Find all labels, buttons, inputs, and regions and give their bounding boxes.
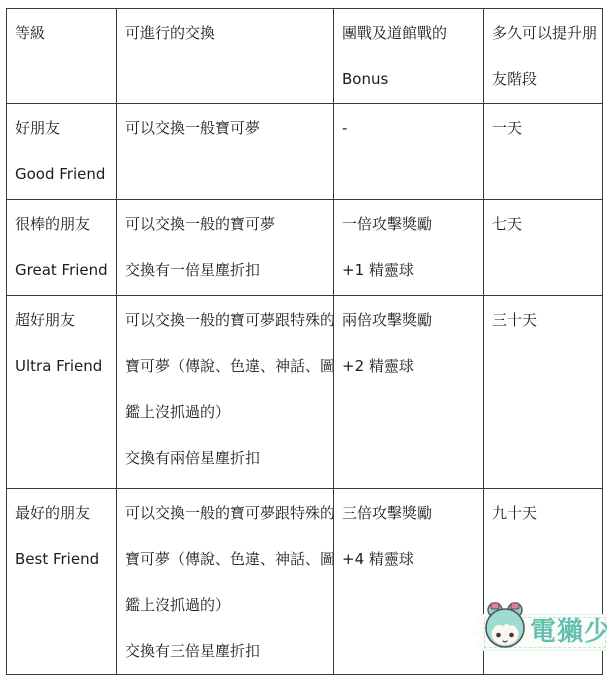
header-line: 團戰及道館戰的 bbox=[342, 10, 477, 56]
cell-trades: 可以交換一般的寶可夢跟特殊的 寶可夢（傳說、色違、神話、圖 鑑上沒抓過的） 交換… bbox=[117, 296, 334, 489]
cell-duration: 三十天 bbox=[484, 296, 603, 489]
cell-line: 可以交換一般的寶可夢跟特殊的 bbox=[125, 297, 327, 343]
header-cell-duration: 多久可以提升朋 友階段 bbox=[484, 9, 603, 104]
cell-line: 交換有一倍星塵折扣 bbox=[125, 247, 327, 293]
table-row-great-friend: 很棒的朋友 Great Friend 可以交換一般的寶可夢 交換有一倍星塵折扣 … bbox=[7, 200, 603, 296]
cell-line: 一天 bbox=[492, 105, 596, 151]
cell-line: Ultra Friend bbox=[15, 343, 110, 389]
cell-line: 七天 bbox=[492, 201, 596, 247]
brand-watermark: 電獺少女 bbox=[474, 599, 607, 653]
cell-bonus: 兩倍攻擊獎勵 +2 精靈球 bbox=[334, 296, 484, 489]
table-header-row: 等級 可進行的交換 團戰及道館戰的 Bonus 多久可以提升朋 友階段 bbox=[7, 9, 603, 104]
brand-text: 電獺少女 bbox=[530, 614, 607, 651]
cell-trades: 可以交換一般的寶可夢跟特殊的 寶可夢（傳說、色違、神話、圖 鑑上沒抓過的） 交換… bbox=[117, 489, 334, 675]
header-cell-level: 等級 bbox=[7, 9, 117, 104]
friendship-levels-table: 等級 可進行的交換 團戰及道館戰的 Bonus 多久可以提升朋 友階段 好朋友 … bbox=[6, 8, 603, 675]
header-cell-bonus: 團戰及道館戰的 Bonus bbox=[334, 9, 484, 104]
cell-level: 最好的朋友 Best Friend bbox=[7, 489, 117, 675]
cell-line: 可以交換一般的寶可夢 bbox=[125, 201, 327, 247]
cell-line: 交換有三倍星塵折扣 bbox=[125, 628, 327, 674]
cell-trades: 可以交換一般寶可夢 bbox=[117, 104, 334, 200]
cell-line: 好朋友 bbox=[15, 105, 110, 151]
cell-trades: 可以交換一般的寶可夢 交換有一倍星塵折扣 bbox=[117, 200, 334, 296]
cell-line: 寶可夢（傳說、色違、神話、圖 bbox=[125, 343, 327, 389]
cell-line: 最好的朋友 bbox=[15, 490, 110, 536]
cell-line: 三倍攻擊獎勵 bbox=[342, 490, 477, 536]
cell-line: 三十天 bbox=[492, 297, 596, 343]
cell-bonus: - bbox=[334, 104, 484, 200]
header-line: 多久可以提升朋 bbox=[492, 10, 596, 56]
header-line: 友階段 bbox=[492, 56, 596, 102]
header-line: 可進行的交換 bbox=[125, 10, 327, 56]
cell-line: 可以交換一般的寶可夢跟特殊的 bbox=[125, 490, 327, 536]
cell-line: 寶可夢（傳說、色違、神話、圖 bbox=[125, 536, 327, 582]
table-row-good-friend: 好朋友 Good Friend 可以交換一般寶可夢 - 一天 bbox=[7, 104, 603, 200]
cell-line: +4 精靈球 bbox=[342, 536, 477, 582]
cell-level: 好朋友 Good Friend bbox=[7, 104, 117, 200]
cell-line: 可以交換一般寶可夢 bbox=[125, 105, 327, 151]
header-line: Bonus bbox=[342, 56, 477, 102]
cell-line: Good Friend bbox=[15, 151, 110, 197]
cell-line: 九十天 bbox=[492, 490, 596, 536]
header-cell-trades: 可進行的交換 bbox=[117, 9, 334, 104]
cell-duration: 一天 bbox=[484, 104, 603, 200]
cell-line: 超好朋友 bbox=[15, 297, 110, 343]
cell-bonus: 一倍攻擊獎勵 +1 精靈球 bbox=[334, 200, 484, 296]
cell-level: 很棒的朋友 Great Friend bbox=[7, 200, 117, 296]
table-row-ultra-friend: 超好朋友 Ultra Friend 可以交換一般的寶可夢跟特殊的 寶可夢（傳說、… bbox=[7, 296, 603, 489]
cell-line: - bbox=[342, 105, 477, 151]
cell-duration: 七天 bbox=[484, 200, 603, 296]
cell-line: 兩倍攻擊獎勵 bbox=[342, 297, 477, 343]
header-line: 等級 bbox=[15, 10, 110, 56]
cell-line: 一倍攻擊獎勵 bbox=[342, 201, 477, 247]
cell-line: 鑑上沒抓過的） bbox=[125, 389, 327, 435]
cell-level: 超好朋友 Ultra Friend bbox=[7, 296, 117, 489]
cell-line: +2 精靈球 bbox=[342, 343, 477, 389]
cell-bonus: 三倍攻擊獎勵 +4 精靈球 bbox=[334, 489, 484, 675]
cell-line: Great Friend bbox=[15, 247, 110, 293]
cell-line: +1 精靈球 bbox=[342, 247, 477, 293]
page: 等級 可進行的交換 團戰及道館戰的 Bonus 多久可以提升朋 友階段 好朋友 … bbox=[0, 0, 607, 678]
cell-line: 很棒的朋友 bbox=[15, 201, 110, 247]
cell-line: Best Friend bbox=[15, 536, 110, 582]
cell-line: 鑑上沒抓過的） bbox=[125, 582, 327, 628]
cell-line: 交換有兩倍星塵折扣 bbox=[125, 435, 327, 481]
mascot-avatar-icon bbox=[482, 600, 529, 650]
